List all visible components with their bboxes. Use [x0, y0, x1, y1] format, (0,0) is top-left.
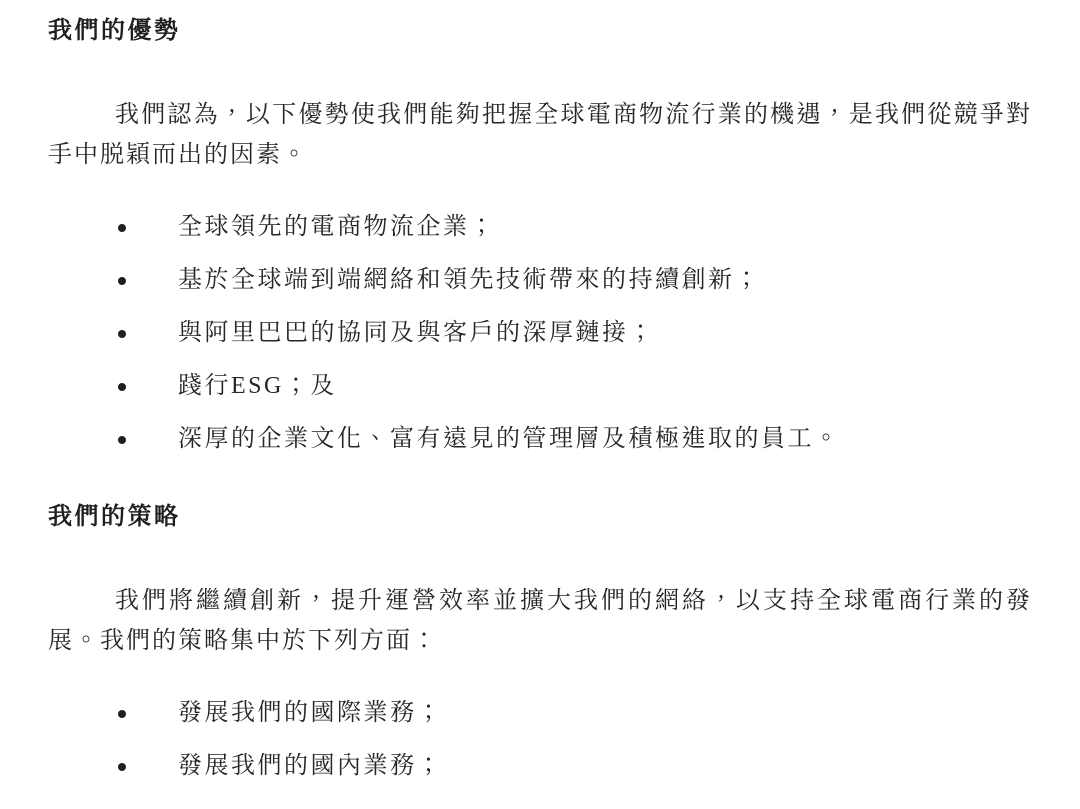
bullet-text: 踐行ESG；及	[178, 373, 337, 399]
advantages-bullet-list: 全球領先的電商物流企業； 基於全球端到端網絡和領先技術帶來的持續創新； 與阿里巴…	[48, 215, 1032, 451]
bullet-icon	[118, 763, 126, 771]
bullet-icon	[118, 383, 126, 391]
strategies-bullet-list: 發展我們的國際業務； 發展我們的國內業務；	[48, 701, 1032, 778]
section-our-strategies: 我們的策略 我們將繼續創新，提升運營效率並擴大我們的網絡，以支持全球電商行業的發…	[48, 500, 1032, 778]
bullet-icon	[118, 436, 126, 444]
bullet-text: 與阿里巴巴的協同及與客戶的深厚鏈接；	[178, 320, 655, 346]
list-item: 發展我們的國內業務；	[48, 754, 1032, 778]
bullet-text: 發展我們的國內業務；	[178, 753, 443, 779]
bullet-icon	[118, 277, 126, 285]
bullet-icon	[118, 330, 126, 338]
section-our-advantages: 我們的優勢 我們認為，以下優勢使我們能夠把握全球電商物流行業的機遇，是我們從競爭…	[48, 14, 1032, 451]
list-item: 與阿里巴巴的協同及與客戶的深厚鏈接；	[48, 321, 1032, 345]
prospectus-page: 我們的優勢 我們認為，以下優勢使我們能夠把握全球電商物流行業的機遇，是我們從競爭…	[0, 0, 1080, 809]
list-item: 深厚的企業文化、富有遠見的管理層及積極進取的員工。	[48, 427, 1032, 451]
list-item: 踐行ESG；及	[48, 374, 1032, 398]
list-item: 發展我們的國際業務；	[48, 701, 1032, 725]
bullet-text: 基於全球端到端網絡和領先技術帶來的持續創新；	[178, 267, 761, 293]
list-item: 基於全球端到端網絡和領先技術帶來的持續創新；	[48, 268, 1032, 292]
list-item: 全球領先的電商物流企業；	[48, 215, 1032, 239]
advantages-intro-paragraph: 我們認為，以下優勢使我們能夠把握全球電商物流行業的機遇，是我們從競爭對手中脱穎而…	[48, 95, 1032, 175]
bullet-icon	[118, 710, 126, 718]
bullet-text: 全球領先的電商物流企業；	[178, 214, 496, 240]
bullet-text: 深厚的企業文化、富有遠見的管理層及積極進取的員工。	[178, 426, 841, 452]
bullet-icon	[118, 224, 126, 232]
bullet-text: 發展我們的國際業務；	[178, 700, 443, 726]
section-heading-strategies: 我們的策略	[48, 500, 1032, 534]
strategies-intro-paragraph: 我們將繼續創新，提升運營效率並擴大我們的網絡，以支持全球電商行業的發展。我們的策…	[48, 581, 1032, 661]
section-heading-advantages: 我們的優勢	[48, 14, 1032, 48]
